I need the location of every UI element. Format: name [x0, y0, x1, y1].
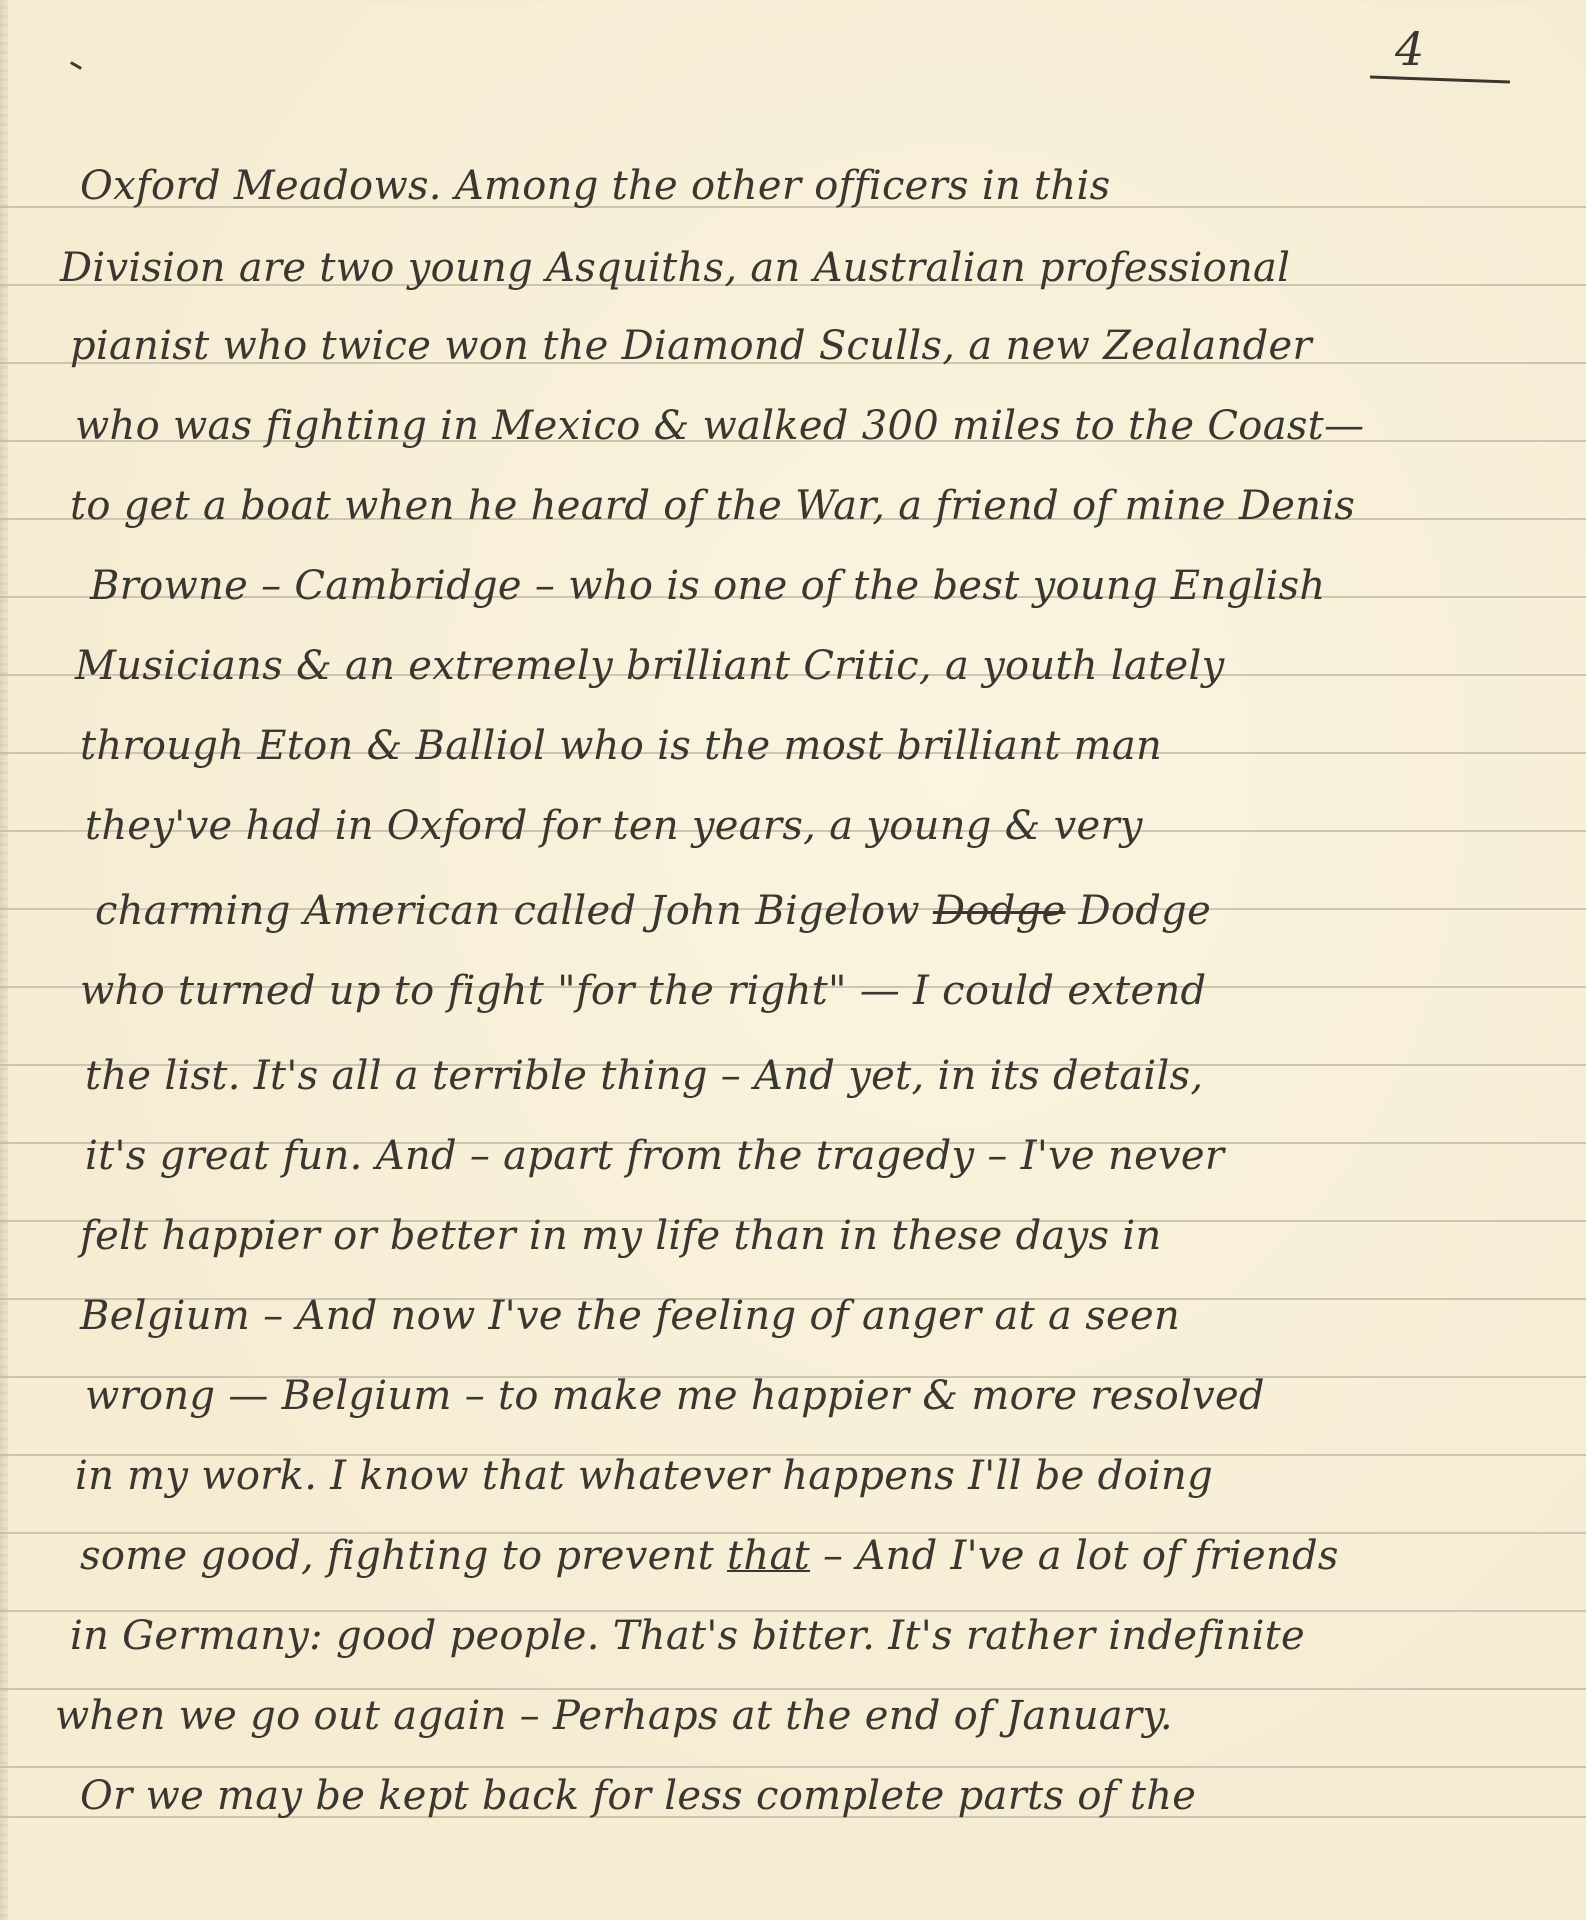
- line-text: wrong — Belgium – to make me happier & m…: [85, 1373, 1265, 1419]
- ruled-line: [0, 1688, 1586, 1690]
- text-line: they've had in Oxford for ten years, a y…: [85, 802, 1586, 850]
- text-line: to get a boat when he heard of the War, …: [70, 482, 1586, 530]
- text-line: the list. It's all a terrible thing – An…: [85, 1052, 1586, 1100]
- line-text: Browne – Cambridge – who is one of the b…: [90, 563, 1325, 609]
- page-number: 4: [1395, 22, 1424, 76]
- line-text: who was fighting in Mexico & walked 300 …: [75, 403, 1364, 449]
- text-line: Division are two young Asquiths, an Aust…: [60, 244, 1586, 292]
- text-line: pianist who twice won the Diamond Sculls…: [70, 322, 1586, 370]
- line-text: to get a boat when he heard of the War, …: [70, 483, 1355, 529]
- line-text: through Eton & Balliol who is the most b…: [80, 723, 1162, 769]
- pen-mark: [70, 61, 82, 70]
- text-line: it's great fun. And – apart from the tra…: [85, 1132, 1586, 1180]
- text-line: who was fighting in Mexico & walked 300 …: [75, 402, 1586, 450]
- text-line: Oxford Meadows. Among the other officers…: [80, 162, 1586, 210]
- text-line: when we go out again – Perhaps at the en…: [55, 1692, 1586, 1740]
- text-line: in my work. I know that whatever happens…: [75, 1452, 1586, 1500]
- text-line: wrong — Belgium – to make me happier & m…: [85, 1372, 1586, 1420]
- torn-paper-edge: [0, 0, 8, 1920]
- underlined-word: that: [727, 1533, 810, 1579]
- ruled-line: [0, 1766, 1586, 1768]
- text-line: who turned up to fight "for the right" —…: [80, 967, 1586, 1015]
- text-line: Or we may be kept back for less complete…: [80, 1772, 1586, 1820]
- line-text: Belgium – And now I've the feeling of an…: [80, 1293, 1180, 1339]
- line-text: when we go out again – Perhaps at the en…: [55, 1693, 1173, 1739]
- line-text: who turned up to fight "for the right" —…: [80, 968, 1206, 1014]
- line-text: the list. It's all a terrible thing – An…: [85, 1053, 1203, 1099]
- line-text: felt happier or better in my life than i…: [80, 1213, 1162, 1259]
- line-text: Division are two young Asquiths, an Aust…: [60, 245, 1290, 291]
- line-text: some good, fighting to prevent: [80, 1533, 727, 1579]
- text-line: some good, fighting to prevent that – An…: [80, 1532, 1586, 1580]
- line-text: in Germany: good people. That's bitter. …: [70, 1613, 1305, 1659]
- line-text: Or we may be kept back for less complete…: [80, 1773, 1196, 1819]
- line-text: in my work. I know that whatever happens…: [75, 1453, 1213, 1499]
- text-line: Belgium – And now I've the feeling of an…: [80, 1292, 1586, 1340]
- text-line: Musicians & an extremely brilliant Criti…: [75, 642, 1586, 690]
- line-text-continued: – And I've a lot of friends: [810, 1533, 1339, 1579]
- text-line: Browne – Cambridge – who is one of the b…: [90, 562, 1586, 610]
- line-text: pianist who twice won the Diamond Sculls…: [70, 323, 1312, 369]
- line-text-continued: Dodge: [1066, 888, 1212, 934]
- page-number-underline: [1370, 76, 1510, 84]
- line-text: Oxford Meadows. Among the other officers…: [80, 163, 1110, 209]
- line-text: it's great fun. And – apart from the tra…: [85, 1133, 1224, 1179]
- struck-word: Dodge: [933, 888, 1066, 934]
- text-line: felt happier or better in my life than i…: [80, 1212, 1586, 1260]
- text-line: through Eton & Balliol who is the most b…: [80, 722, 1586, 770]
- text-line: in Germany: good people. That's bitter. …: [70, 1612, 1586, 1660]
- line-text: they've had in Oxford for ten years, a y…: [85, 803, 1143, 849]
- text-line: charming American called John Bigelow Do…: [95, 887, 1586, 935]
- letter-page: 4 Oxford Meadows. Among the other office…: [0, 0, 1586, 1920]
- line-text: charming American called John Bigelow: [95, 888, 933, 934]
- line-text: Musicians & an extremely brilliant Criti…: [75, 643, 1224, 689]
